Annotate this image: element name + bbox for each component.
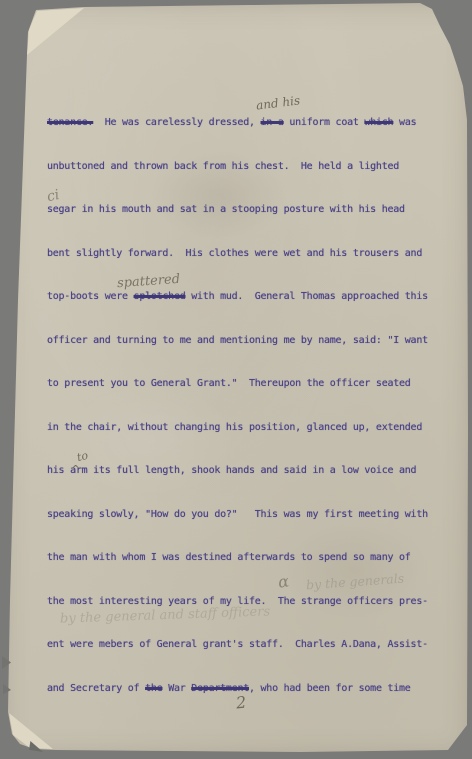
- typed-text-segment: segar in his mouth and sat in a stooping…: [47, 204, 405, 215]
- struck-text: splotched: [134, 291, 186, 302]
- typed-text-segment: uniform coat: [284, 117, 365, 128]
- typed-line: segar in his mouth and sat in a stooping…: [47, 188, 439, 232]
- typed-line: the man with whom I was destined afterwa…: [47, 536, 439, 580]
- typed-line: his arm its full length, shook hands and…: [47, 449, 439, 493]
- typed-line: officer and turning to me and mentioning…: [47, 319, 439, 363]
- typed-text-segment: ent were mebers of General grant's staff…: [47, 639, 428, 650]
- scan-viewport: { "page": { "number": "2", "background_c…: [0, 0, 472, 759]
- typed-text-segment: He was carelessly dressed,: [93, 117, 260, 128]
- struck-text: in a: [261, 117, 284, 128]
- scanned-page: tenance. He was carelessly dressed, in a…: [0, 0, 472, 759]
- typed-line: to present you to General Grant." Thereu…: [47, 362, 439, 406]
- typed-line: bent slightly forward. His clothes were …: [47, 232, 439, 276]
- typed-text-segment: bent slightly forward. His clothes were …: [47, 248, 422, 259]
- struck-text: which: [364, 117, 393, 128]
- typed-line: top-boots were splotched with mud. Gener…: [47, 275, 439, 319]
- typed-text-segment: the man with whom I was destined afterwa…: [47, 552, 411, 563]
- typed-text-segment: War: [162, 683, 191, 694]
- typed-line: speaking slowly, "How do you do?" This w…: [47, 493, 439, 537]
- typed-text-segment: was: [393, 117, 416, 128]
- typed-text-segment: speaking slowly, "How do you do?" This w…: [47, 509, 428, 520]
- struck-text: the: [145, 683, 162, 694]
- typed-text-segment: and Secretary of: [47, 683, 145, 694]
- typed-text-segment: unbuttoned and thrown back from his ches…: [47, 161, 399, 172]
- typed-text: tenance. He was carelessly dressed, in a…: [47, 101, 439, 710]
- typed-line: and Secretary of the War Department, who…: [47, 667, 439, 711]
- typed-text-segment: his arm its full length, shook hands and…: [47, 465, 416, 476]
- typed-text-segment: to present you to General Grant." Thereu…: [47, 378, 411, 389]
- typed-line: ent were mebers of General grant's staff…: [47, 623, 439, 667]
- typed-line: the most interesting years of my life. T…: [47, 580, 439, 624]
- typed-line: unbuttoned and thrown back from his ches…: [47, 145, 439, 189]
- typed-text-segment: in the chair, without changing his posit…: [47, 422, 422, 433]
- struck-text: Department: [191, 683, 249, 694]
- struck-text: tenance.: [47, 117, 93, 128]
- typed-line: tenance. He was carelessly dressed, in a…: [47, 101, 439, 145]
- typed-text-segment: officer and turning to me and mentioning…: [47, 335, 428, 346]
- typed-text-segment: with mud. General Thomas approached this: [186, 291, 428, 302]
- typed-text-segment: , who had been for some time: [249, 683, 411, 694]
- typed-line: in the chair, without changing his posit…: [47, 406, 439, 450]
- typed-text-segment: top-boots were: [47, 291, 134, 302]
- typed-text-segment: the most interesting years of my life. T…: [47, 596, 428, 607]
